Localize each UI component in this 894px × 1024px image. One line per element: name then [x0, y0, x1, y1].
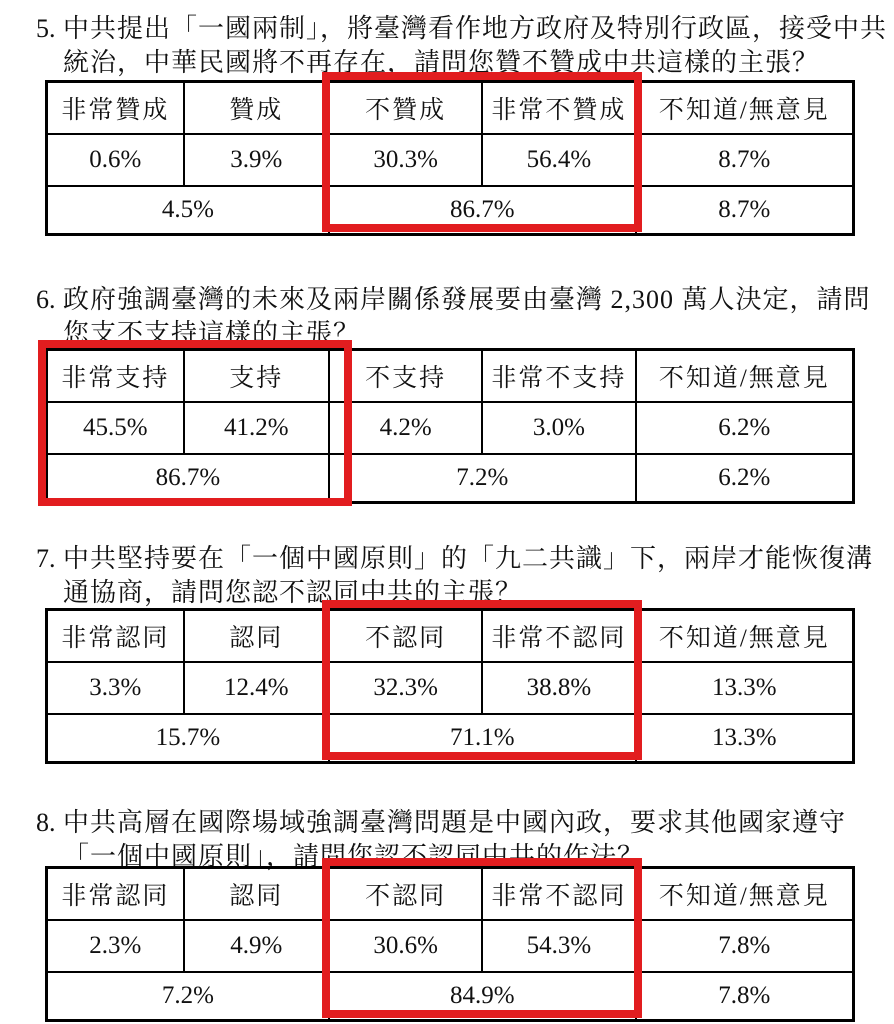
- header-cell: 不認同: [329, 868, 482, 921]
- value-cell: 13.3%: [636, 662, 854, 714]
- question-text-line2: 統治，中華民國將不再存在，請問您贊不贊成中共這樣的主張？: [63, 46, 863, 80]
- summary-cell: 13.3%: [636, 714, 854, 763]
- header-cell: 支持: [184, 350, 329, 403]
- summary-cell: 71.1%: [329, 714, 636, 763]
- header-cell: 贊成: [184, 82, 329, 135]
- table-summary-row: 86.7% 7.2% 6.2%: [47, 454, 854, 503]
- summary-cell: 84.9%: [329, 972, 636, 1021]
- summary-cell: 86.7%: [47, 454, 329, 503]
- header-cell: 非常不認同: [482, 868, 635, 921]
- value-cell: 0.6%: [47, 134, 184, 186]
- value-cell: 54.3%: [482, 920, 635, 972]
- header-cell: 非常不贊成: [482, 82, 635, 135]
- value-cell: 30.6%: [329, 920, 482, 972]
- header-cell: 非常不支持: [482, 350, 635, 403]
- value-cell: 3.3%: [47, 662, 184, 714]
- value-cell: 45.5%: [47, 402, 184, 454]
- question-number: 6.: [36, 283, 56, 317]
- header-cell: 不知道/無意見: [636, 610, 854, 663]
- value-cell: 7.8%: [636, 920, 854, 972]
- value-cell: 41.2%: [184, 402, 329, 454]
- header-cell: 不認同: [329, 610, 482, 663]
- value-cell: 56.4%: [482, 134, 635, 186]
- header-cell: 非常支持: [47, 350, 184, 403]
- survey-document-page: 5. 中共提出「一國兩制」，將臺灣看作地方政府及特別行政區，接受中共 統治，中華…: [0, 0, 894, 1024]
- value-cell: 6.2%: [636, 402, 854, 454]
- table-value-row: 2.3% 4.9% 30.6% 54.3% 7.8%: [47, 920, 854, 972]
- value-cell: 32.3%: [329, 662, 482, 714]
- header-cell: 認同: [184, 610, 329, 663]
- question-number: 8.: [36, 806, 56, 840]
- table-value-row: 3.3% 12.4% 32.3% 38.8% 13.3%: [47, 662, 854, 714]
- survey-table: 非常認同 認同 不認同 非常不認同 不知道/無意見 2.3% 4.9% 30.6…: [45, 866, 855, 1022]
- header-cell: 不知道/無意見: [636, 350, 854, 403]
- value-cell: 12.4%: [184, 662, 329, 714]
- summary-cell: 4.5%: [47, 186, 329, 235]
- value-cell: 3.9%: [184, 134, 329, 186]
- value-cell: 38.8%: [482, 662, 635, 714]
- summary-cell: 7.8%: [636, 972, 854, 1021]
- table-header-row: 非常支持 支持 不支持 非常不支持 不知道/無意見: [47, 350, 854, 403]
- survey-table: 非常支持 支持 不支持 非常不支持 不知道/無意見 45.5% 41.2% 4.…: [45, 348, 855, 504]
- table-header-row: 非常認同 認同 不認同 非常不認同 不知道/無意見: [47, 868, 854, 921]
- header-cell: 認同: [184, 868, 329, 921]
- summary-cell: 8.7%: [636, 186, 854, 235]
- question-text-line1: 中共高層在國際場域強調臺灣問題是中國內政，要求其他國家遵守: [63, 806, 863, 840]
- table-summary-row: 7.2% 84.9% 7.8%: [47, 972, 854, 1021]
- question-text-line2: 通協商，請問您認不認同中共的主張？: [63, 576, 863, 610]
- header-cell: 不贊成: [329, 82, 482, 135]
- question-text-line1: 中共堅持要在「一個中國原則」的「九二共識」下，兩岸才能恢復溝: [63, 542, 863, 576]
- header-cell: 不知道/無意見: [636, 868, 854, 921]
- question-text-line1: 政府強調臺灣的未來及兩岸關係發展要由臺灣 2,300 萬人決定，請問: [63, 283, 863, 317]
- header-cell: 不支持: [329, 350, 482, 403]
- summary-cell: 6.2%: [636, 454, 854, 503]
- table-summary-row: 15.7% 71.1% 13.3%: [47, 714, 854, 763]
- value-cell: 3.0%: [482, 402, 635, 454]
- summary-cell: 86.7%: [329, 186, 636, 235]
- table-header-row: 非常贊成 贊成 不贊成 非常不贊成 不知道/無意見: [47, 82, 854, 135]
- value-cell: 30.3%: [329, 134, 482, 186]
- summary-cell: 7.2%: [329, 454, 636, 503]
- header-cell: 非常認同: [47, 868, 184, 921]
- value-cell: 2.3%: [47, 920, 184, 972]
- question-number: 7.: [36, 542, 56, 576]
- value-cell: 4.9%: [184, 920, 329, 972]
- table-header-row: 非常認同 認同 不認同 非常不認同 不知道/無意見: [47, 610, 854, 663]
- question-text-line1: 中共提出「一國兩制」，將臺灣看作地方政府及特別行政區，接受中共: [63, 12, 863, 46]
- table-value-row: 0.6% 3.9% 30.3% 56.4% 8.7%: [47, 134, 854, 186]
- summary-cell: 15.7%: [47, 714, 329, 763]
- header-cell: 非常贊成: [47, 82, 184, 135]
- header-cell: 非常不認同: [482, 610, 635, 663]
- question-text-line2: 您支不支持這樣的主張？: [63, 317, 863, 351]
- question-number: 5.: [36, 12, 56, 46]
- survey-table: 非常贊成 贊成 不贊成 非常不贊成 不知道/無意見 0.6% 3.9% 30.3…: [45, 80, 855, 236]
- survey-table: 非常認同 認同 不認同 非常不認同 不知道/無意見 3.3% 12.4% 32.…: [45, 608, 855, 764]
- table-value-row: 45.5% 41.2% 4.2% 3.0% 6.2%: [47, 402, 854, 454]
- table-summary-row: 4.5% 86.7% 8.7%: [47, 186, 854, 235]
- header-cell: 不知道/無意見: [636, 82, 854, 135]
- header-cell: 非常認同: [47, 610, 184, 663]
- value-cell: 4.2%: [329, 402, 482, 454]
- summary-cell: 7.2%: [47, 972, 329, 1021]
- value-cell: 8.7%: [636, 134, 854, 186]
